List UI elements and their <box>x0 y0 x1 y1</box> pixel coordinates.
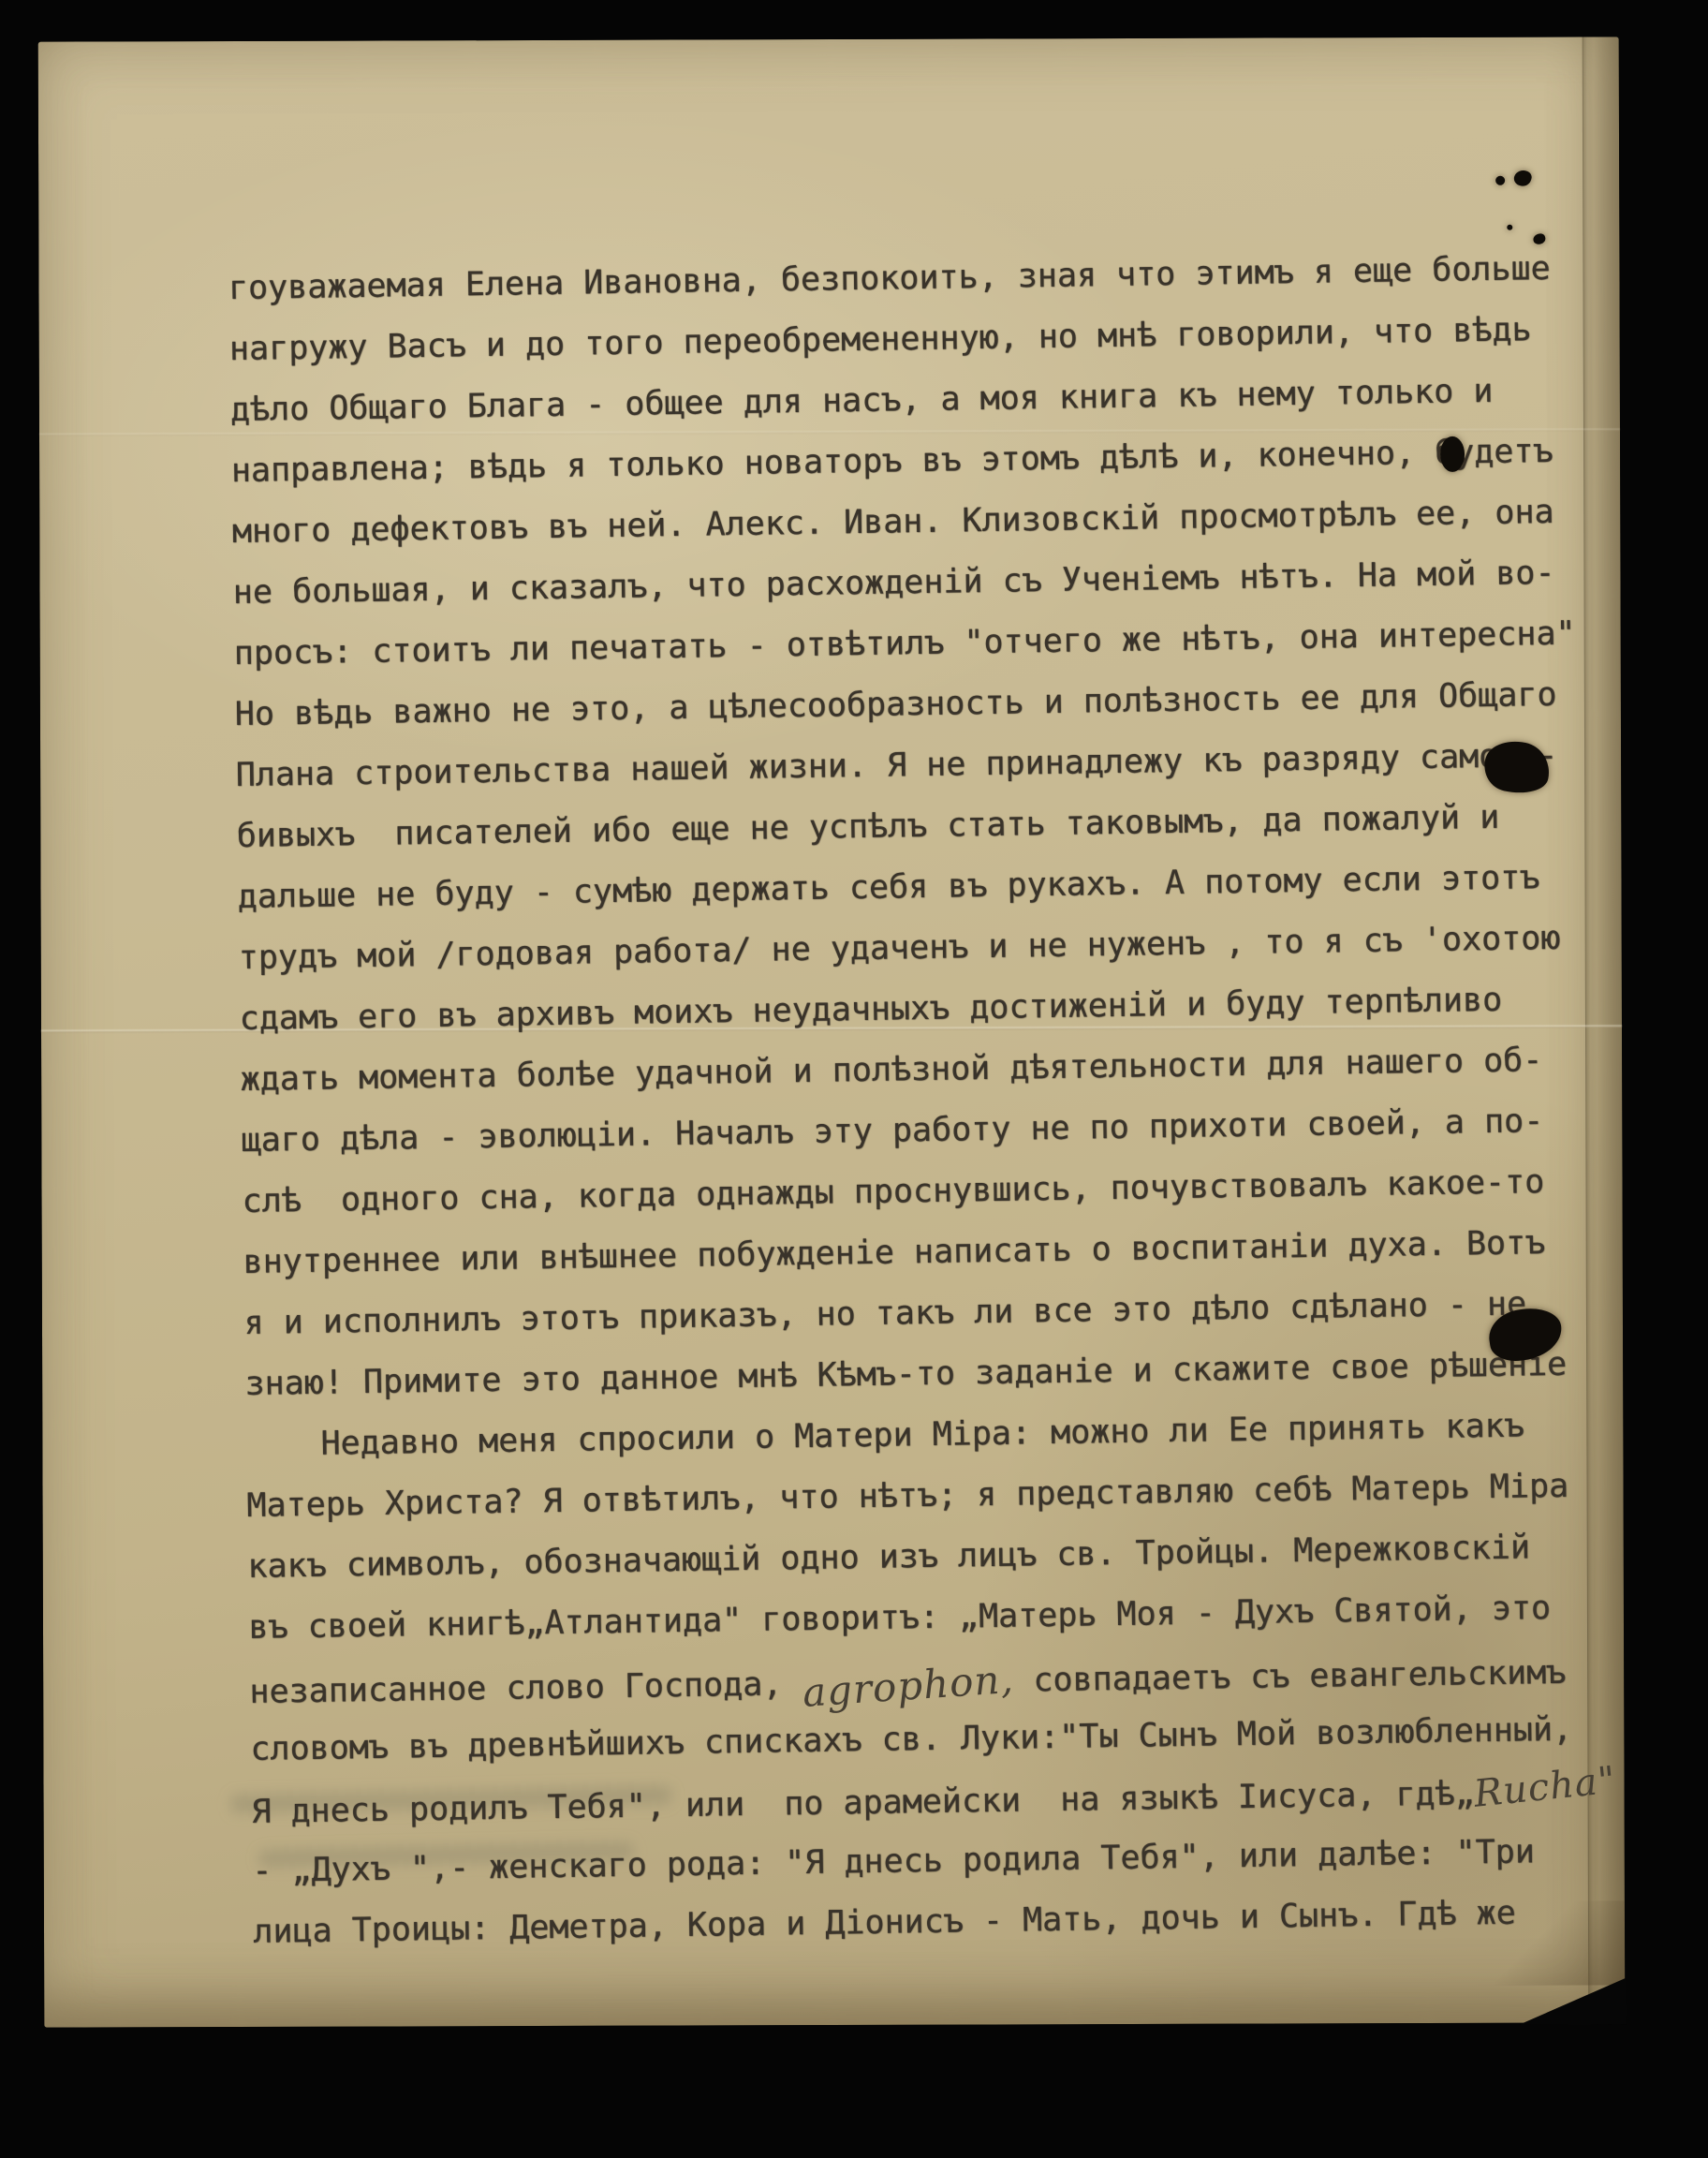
typed-segment: нагружу Васъ и до того переобремененную,… <box>229 311 1532 368</box>
typed-segment: щаго дѣла - эволюціи. Началъ эту работу … <box>241 1102 1543 1160</box>
ink-dot-top-1 <box>1512 168 1534 188</box>
typed-segment: лица Троицы: Деметра, Кора и Діонисъ - М… <box>253 1895 1516 1951</box>
typed-segment: слѣ одного сна, когда однажды проснувшис… <box>242 1163 1544 1220</box>
typed-segment: словомъ въ древнѣйшихъ спискахъ св. Луки… <box>250 1711 1572 1768</box>
bottom-right-corner-shade <box>1484 1900 1625 1985</box>
typed-segment: не большая, и сказалъ, что расхожденій с… <box>233 554 1555 612</box>
typed-segment: дѣло Общаго Блага - общее для насъ, а мо… <box>230 373 1494 429</box>
typed-segment: знаю! Примите это данное мнѣ Кѣмъ-то зад… <box>244 1346 1567 1403</box>
typed-segment: гоуважаемая Елена Ивановна, безпокоить, … <box>228 250 1551 307</box>
typed-segment: Недавно меня спросили о Матери Міра: мож… <box>320 1407 1524 1462</box>
typed-segment: незаписанное слово Господа, <box>249 1665 802 1711</box>
typed-segment: - „Духъ ",- женскаго рода: "Я днесь роди… <box>252 1833 1535 1890</box>
typed-segment: сдамъ его въ архивъ моихъ неудачныхъ дос… <box>239 982 1502 1038</box>
typed-segment: много дефектовъ въ ней. Алекс. Иван. Кли… <box>232 494 1554 551</box>
typed-segment: внутреннее или внѣшнее побужденіе написа… <box>243 1224 1545 1281</box>
typed-segment: ждать момента болѣе удачной и полѣзной д… <box>240 1042 1542 1099</box>
typed-segment: дальше не буду - сумѣю держать себя въ р… <box>237 859 1539 916</box>
ink-marks-container <box>38 37 1619 41</box>
typed-segment: трудъ мой /годовая работа/ не удаченъ и … <box>238 920 1560 977</box>
typed-segment: просъ: стоитъ ли печатать - отвѣтилъ "от… <box>234 615 1576 673</box>
typed-segment: совпадаетъ съ евангельскимъ <box>1013 1654 1567 1700</box>
typed-segment: Плана строительства нашей жизни. Я не пр… <box>236 737 1558 794</box>
typed-segment: бивыхъ писателей ибо еще не успѣлъ стать… <box>236 799 1499 855</box>
ink-smudge-line4 <box>1440 436 1465 472</box>
scan-background: гоуважаемая Елена Ивановна, безпокоить, … <box>0 0 1708 2158</box>
ink-dot-top-4 <box>1507 225 1512 230</box>
ink-dot-top-2 <box>1495 176 1505 185</box>
typed-segment: Но вѣдь важно не это, а цѣлесообразность… <box>235 676 1557 733</box>
typed-segment: въ своей книгѣ„Атлантида" говоритъ: „Мат… <box>248 1589 1551 1647</box>
typewritten-text: гоуважаемая Елена Ивановна, безпокоить, … <box>228 238 1621 1963</box>
typed-segment: направлена; вѣдь я только новаторъ въ эт… <box>231 433 1553 490</box>
typed-segment: я и исполнилъ этотъ приказъ, но такъ ли … <box>243 1285 1526 1342</box>
typed-segment: какъ символъ, обозначающій одно изъ лицъ… <box>247 1529 1530 1586</box>
handwritten-word: Rucha" <box>1471 1751 1619 1825</box>
typed-segment: Матерь Христа? Я отвѣтилъ, что нѣтъ; я п… <box>246 1468 1568 1525</box>
letter-paper: гоуважаемая Елена Ивановна, безпокоить, … <box>38 37 1626 2027</box>
typed-segment: Я днесь родилъ Тебя", или по арамейски н… <box>251 1775 1475 1831</box>
crease-container <box>38 37 1619 41</box>
